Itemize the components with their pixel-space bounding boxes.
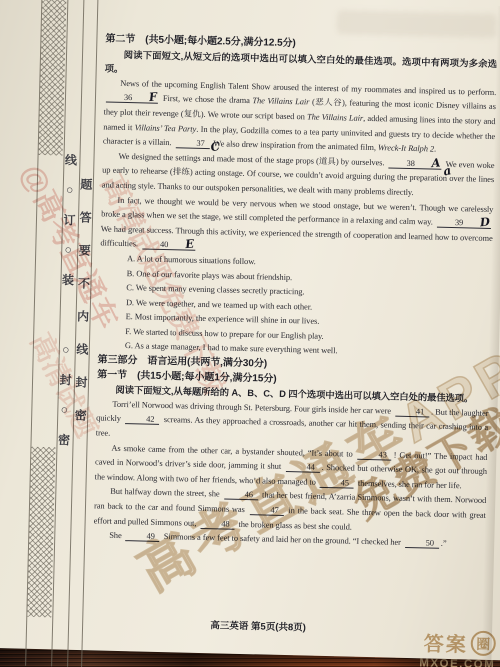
blank-43: 43 [358,449,392,460]
blank-45: 45 [320,478,354,489]
blank-46: 46 [224,490,258,501]
blank-40: 40E [142,239,195,251]
handwritten-answer-40: E [169,240,194,251]
handwritten-answer-38: A [416,158,441,169]
handwritten-answer-36: F [133,93,158,104]
hatch-band-bottom [27,447,55,618]
blank-41: 41 [395,407,429,418]
hatch-band-top [39,0,67,155]
blank-44: 44 [286,462,320,473]
blank-49: 49 [126,531,160,542]
binding-line-text-lower: ○封○密 [57,342,72,462]
passage-paragraph: In fact, we thought we would be very ner… [100,193,493,261]
blank-50: 50 [405,538,439,549]
show-through-smudge [337,10,498,38]
blank-42: 42 [125,415,159,426]
exam-content: 第二节 (共5小题;每小题2.5分,满分12.5分)阅读下面短文,从短文后的选项… [93,32,497,552]
passage-paragraph: News of the upcoming English Talent Show… [103,76,497,159]
handwritten-answer-39: D [464,218,491,229]
blank-38: 38A [389,157,442,169]
blank-36: 36F [106,92,159,104]
no-answer-in-seal-text: 题答要不内线封密 [74,178,92,442]
page-area: 线○订○装 ○封○密 题答要不内线封密 第二节 (共5小题;每小题2.5分,满分… [0,0,500,667]
blank-39: 39D [437,217,491,229]
page-footer-text: 高三英语 第5页(共8页) [210,620,306,633]
page-footer: 高三英语 第5页(共8页) [62,614,454,638]
blank-47: 47 [249,505,283,516]
binding-line-text-upper: 线○订○装 [61,154,77,303]
logo-site-url: MXQE.COM [419,657,495,667]
logo-circled-character: 圈 [470,631,496,657]
blank-37: 37C [175,138,209,149]
exam-paper-sheet: 线○订○装 ○封○密 题答要不内线封密 第二节 (共5小题;每小题2.5分,满分… [0,0,500,661]
blank-48: 48 [200,519,234,530]
